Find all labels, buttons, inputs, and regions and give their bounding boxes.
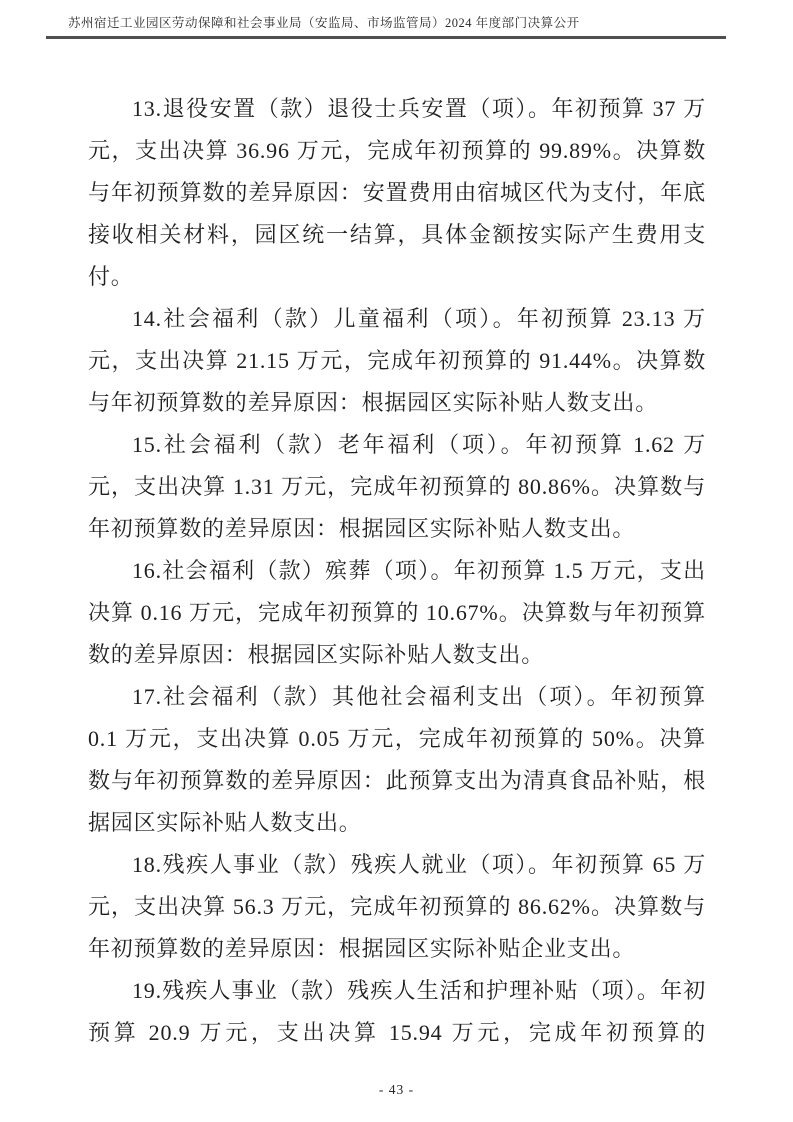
page-number: - 43 - bbox=[0, 1082, 793, 1098]
header-rule bbox=[46, 36, 726, 39]
paragraph-item-16: 16.社会福利（款）殡葬（项）。年初预算 1.5 万元，支出决算 0.16 万元… bbox=[88, 550, 706, 676]
paragraph-item-18: 18.残疾人事业（款）残疾人就业（项）。年初预算 65 万元，支出决算 56.3… bbox=[88, 844, 706, 970]
paragraph-item-17: 17.社会福利（款）其他社会福利支出（项）。年初预算 0.1 万元，支出决算 0… bbox=[88, 676, 706, 844]
paragraph-item-13: 13.退役安置（款）退役士兵安置（项）。年初预算 37 万元，支出决算 36.9… bbox=[88, 88, 706, 298]
page-header-title: 苏州宿迁工业园区劳动保障和社会事业局（安监局、市场监管局）2024 年度部门决算… bbox=[68, 13, 758, 31]
paragraph-item-14: 14.社会福利（款）儿童福利（项）。年初预算 23.13 万元，支出决算 21.… bbox=[88, 298, 706, 424]
document-body: 13.退役安置（款）退役士兵安置（项）。年初预算 37 万元，支出决算 36.9… bbox=[88, 88, 706, 1054]
paragraph-item-15: 15.社会福利（款）老年福利（项）。年初预算 1.62 万元，支出决算 1.31… bbox=[88, 424, 706, 550]
document-page: 苏州宿迁工业园区劳动保障和社会事业局（安监局、市场监管局）2024 年度部门决算… bbox=[0, 0, 793, 1122]
paragraph-item-19: 19.残疾人事业（款）残疾人生活和护理补贴（项）。年初预算 20.9 万元，支出… bbox=[88, 970, 706, 1054]
